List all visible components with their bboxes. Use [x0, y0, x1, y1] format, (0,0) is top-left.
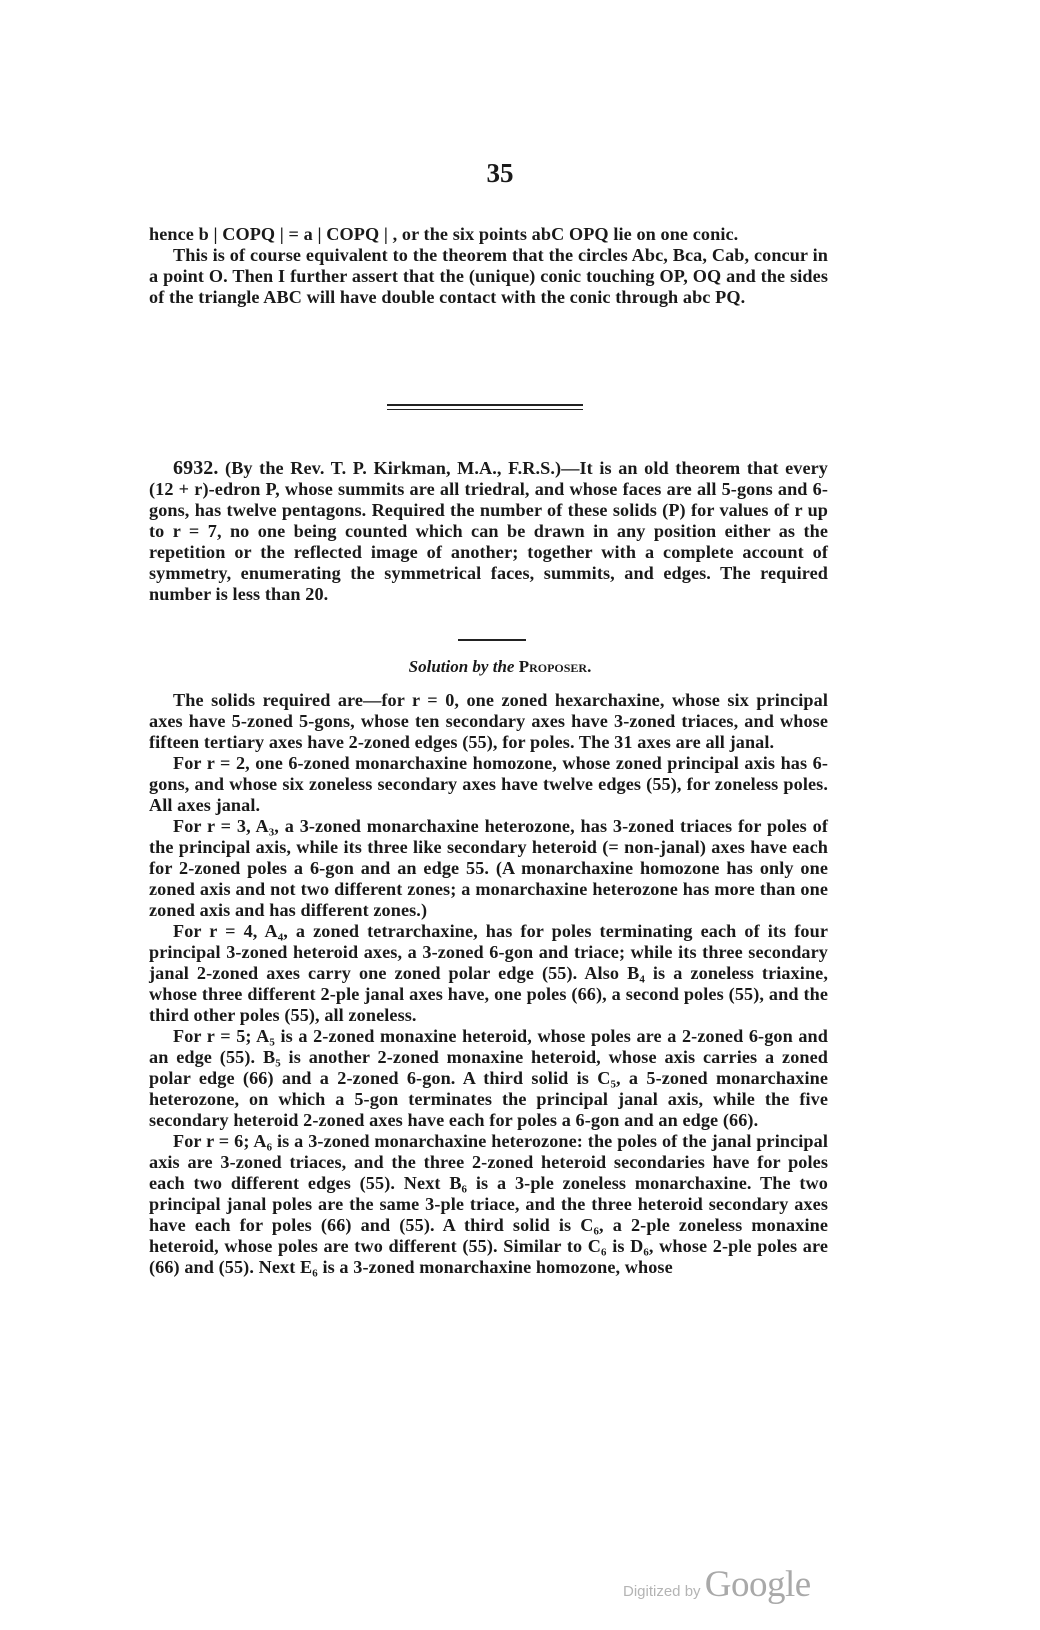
problem-number: 6932.: [173, 457, 219, 479]
solution-paragraph-r4: For r = 4, A₄, a zoned tetrarchaxine, ha…: [149, 921, 828, 1026]
problem-author: (By the Rev. T. P. Kirkman, M.A., F.R.S.…: [225, 458, 561, 478]
solution-heading: Solution by the Proposer.: [0, 657, 1000, 677]
google-logo-text: Google: [705, 1564, 811, 1605]
problem-text: —It is an old theorem that every (12 + r…: [149, 458, 828, 604]
problem-statement: 6932. (By the Rev. T. P. Kirkman, M.A., …: [149, 458, 828, 605]
solution-heading-proposer: Proposer.: [519, 657, 592, 676]
watermark-prefix: Digitized by: [623, 1583, 701, 1600]
solution-heading-italic: Solution by the: [409, 657, 515, 676]
section-divider-double: [387, 404, 583, 410]
intro-section: hence b | COPQ | = a | COPQ | , or the s…: [149, 224, 828, 308]
solution-paragraph-r5: For r = 5; A₅ is a 2-zoned monaxine hete…: [149, 1026, 828, 1131]
page-number: 35: [0, 158, 1000, 189]
digitized-by-google-watermark: Digitized by Google: [623, 1563, 811, 1606]
solution-paragraph-r2: For r = 2, one 6-zoned monarchaxine homo…: [149, 753, 828, 816]
intro-paragraph-theorem: This is of course equivalent to the theo…: [149, 245, 828, 308]
solution-paragraph-r6: For r = 6; A₆ is a 3-zoned monarchaxine …: [149, 1131, 828, 1278]
solution-paragraph-r0: The solids required are—for r = 0, one z…: [149, 690, 828, 753]
solution-body: The solids required are—for r = 0, one z…: [149, 690, 828, 1278]
intro-line-conic: hence b | COPQ | = a | COPQ | , or the s…: [149, 224, 828, 245]
section-divider-single: [458, 639, 526, 641]
solution-paragraph-r3: For r = 3, A₃, a 3-zoned monarchaxine he…: [149, 816, 828, 921]
